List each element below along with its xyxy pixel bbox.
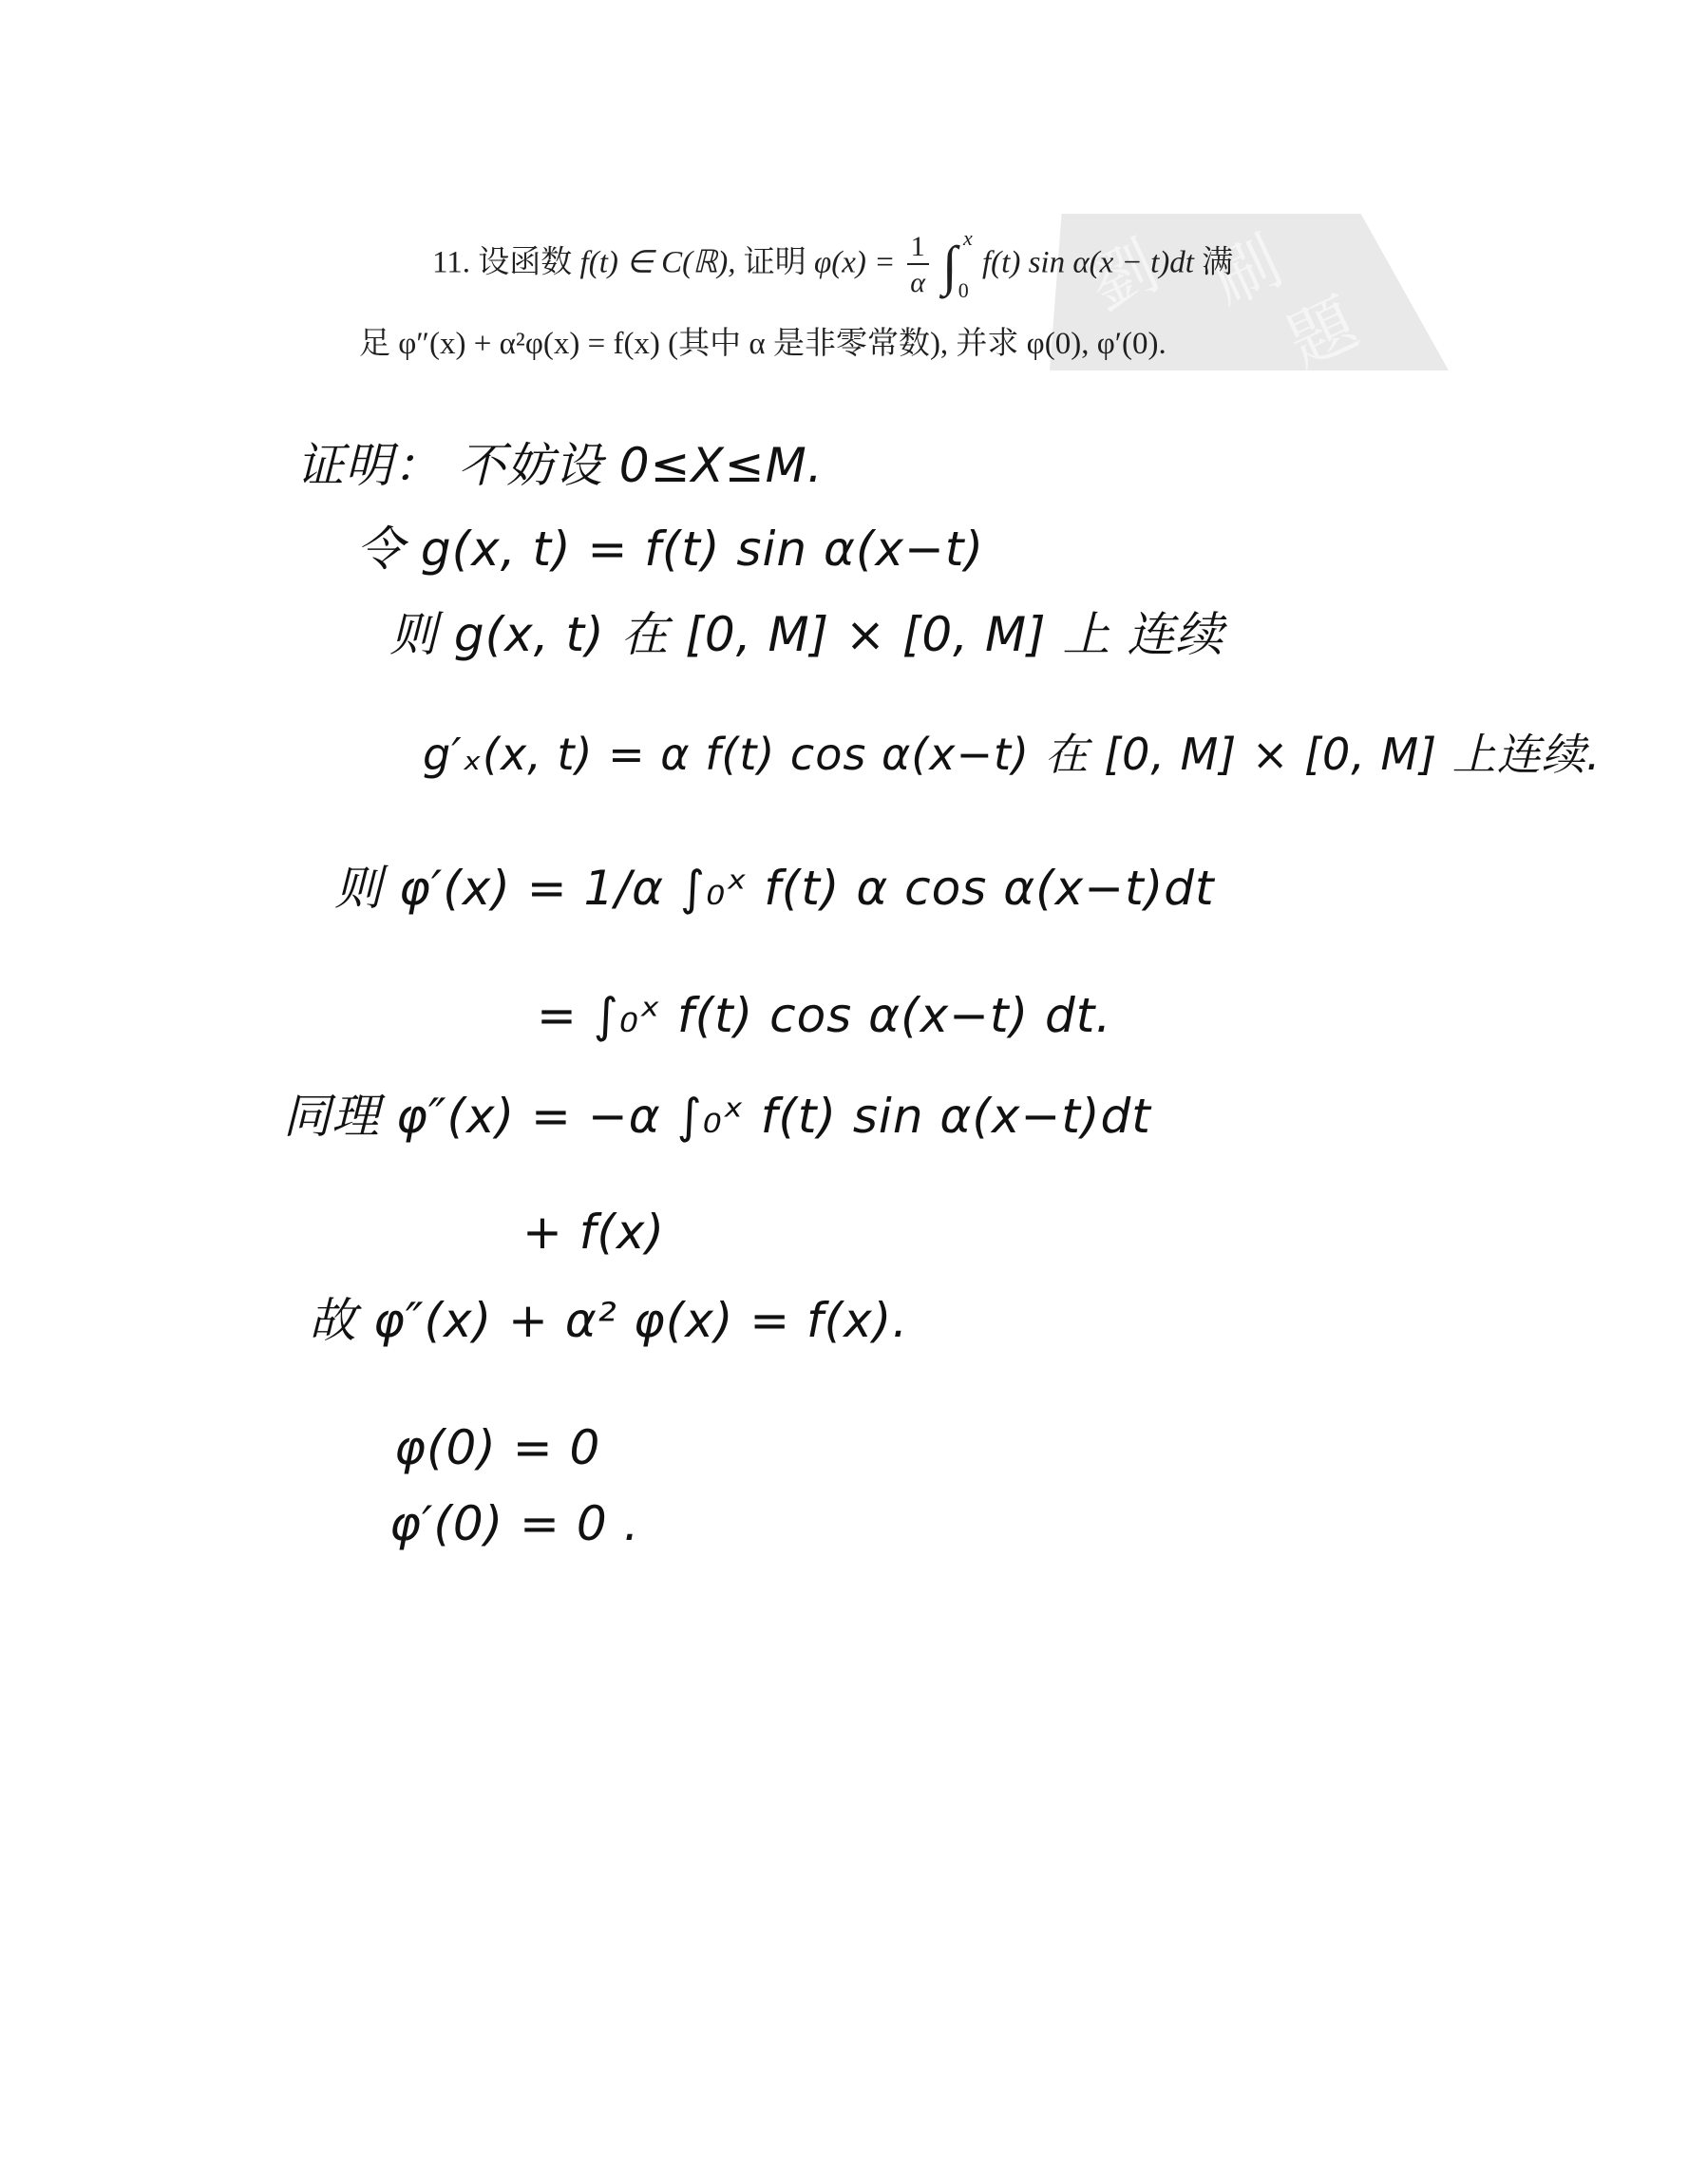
problem-text: 设函数: [478, 246, 572, 280]
solution-line: = ∫₀ˣ f(t) cos α(x−t) dt.: [537, 988, 1111, 1043]
solution-line: + f(x): [522, 1205, 665, 1260]
problem-verb: 证明: [744, 246, 806, 280]
solution-line: 同理 φ″(x) = −α ∫₀ˣ f(t) sin α(x−t)dt: [283, 1078, 1151, 1147]
problem-statement-line-1: 11. 设函数 f(t) ∈ C(ℝ), 证明 φ(x) = 1 α ∫ x 0…: [432, 233, 1233, 297]
fraction-denominator: α: [907, 265, 929, 297]
integral-upper-limit: x: [963, 226, 973, 251]
solution-line: 故 φ″(x) + α² φ(x) = f(x).: [309, 1282, 908, 1351]
fraction-numerator: 1: [907, 233, 929, 265]
fraction: 1 α: [907, 233, 929, 297]
solution-line: 则 g(x, t) 在 [0, M] × [0, M] 上 连续: [389, 597, 1223, 665]
integral-lower-limit: 0: [958, 278, 969, 303]
solution-line: 令 g(x, t) = f(t) sin α(x−t): [356, 511, 984, 579]
problem-number: 11.: [432, 246, 470, 280]
problem-condition: f(t) ∈ C(ℝ),: [580, 246, 736, 280]
problem-lhs: φ(x) =: [814, 246, 895, 280]
integral-sign: ∫ x 0: [942, 234, 958, 297]
integrand: f(t) sin α(x − t)dt: [982, 246, 1194, 280]
solution-line: φ(0) = 0: [394, 1420, 600, 1475]
integral-symbol: ∫: [942, 235, 958, 296]
solution-line: 则 φ′(x) = 1/α ∫₀ˣ f(t) α cos α(x−t)dt: [334, 850, 1215, 919]
problem-text-suffix: 满: [1202, 246, 1233, 280]
problem-statement-line-2: 足 φ″(x) + α²φ(x) = f(x) (其中 α 是非零常数), 并求…: [359, 318, 1166, 363]
solution-line: φ′(0) = 0 .: [389, 1496, 639, 1551]
solution-line: 证明： 不妨设 0≤X≤M.: [296, 427, 824, 496]
solution-line: g′ₓ(x, t) = α f(t) cos α(x−t) 在 [0, M] ×…: [423, 720, 1601, 783]
